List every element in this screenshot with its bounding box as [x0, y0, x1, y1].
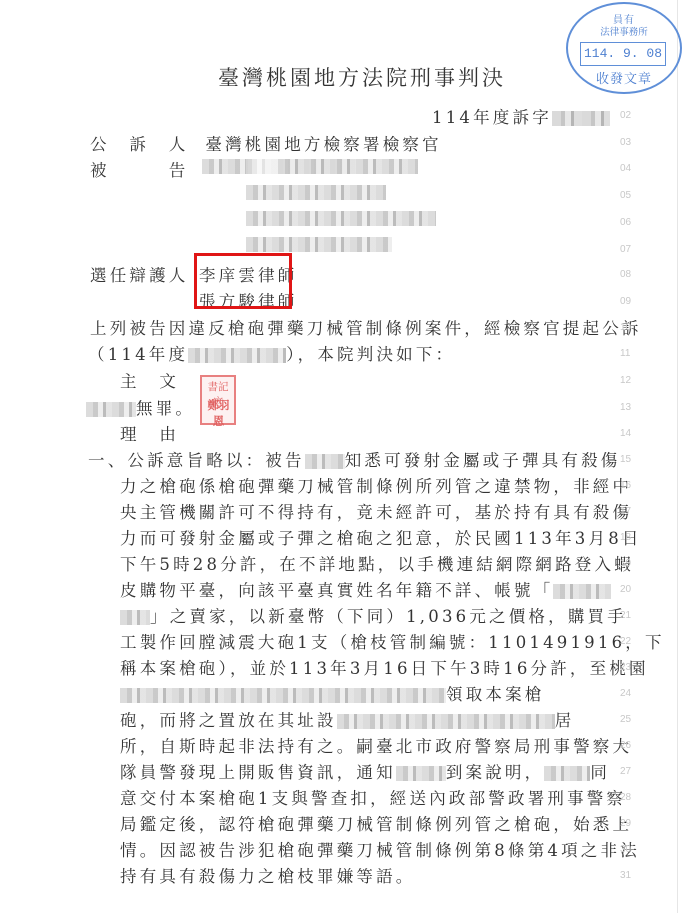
line-number: 28 [620, 792, 631, 803]
case-number-prefix: 114年度訴字 [432, 108, 552, 127]
reason-para-line: 意交付本案槍砲1支與警查扣，經送內政部警政署刑事警察 [120, 785, 626, 809]
line-number: 07 [620, 244, 631, 255]
para-text: 知悉可發射金屬或子彈具有殺傷 [345, 451, 621, 470]
stamp-firm-line2: 法律事務所 [568, 24, 680, 38]
stamp-date: 114. 9. 08 [580, 42, 666, 66]
stamp-bottom: 收發文章 [568, 68, 680, 87]
line-number: 18 [620, 532, 631, 543]
reason-para-line: 稱本案槍砲），並於113年3月16日下午3時16分許，至桃園 [120, 655, 649, 679]
line-number: 08 [620, 269, 631, 280]
document-title: 臺灣桃園地方法院刑事判決 [218, 62, 506, 92]
line-number: 20 [620, 584, 631, 595]
line-number: 30 [620, 844, 631, 855]
reason-para-line: 一、公訴意旨略以：被告知悉可發射金屬或子彈具有殺傷 [88, 447, 621, 471]
line-number: 14 [620, 428, 631, 439]
line-number: 12 [620, 375, 631, 386]
redacted-defendant-info [246, 159, 252, 174]
intro-text: （114年度 [88, 345, 188, 364]
received-stamp: 員有 法律事務所 114. 9. 08 收發文章 [566, 2, 682, 94]
para-text: 隊員警發現上開販售資訊，通知 [120, 763, 396, 782]
line-number: 04 [620, 163, 631, 174]
reason-para-line: 皮購物平臺，向該平臺真實姓名年籍不詳、帳號「 [120, 577, 611, 601]
para-text: 」之賣家，以新臺幣（下同）1,036元之價格，購買手 [150, 607, 627, 626]
line-number: 19 [620, 558, 631, 569]
clerk-seal-name: 鄭羽恩 [203, 397, 233, 429]
reason-heading: 理 由 [120, 421, 179, 445]
reason-para-line: 」之賣家，以新臺幣（下同）1,036元之價格，購買手 [120, 603, 627, 627]
redacted-residence [337, 714, 555, 729]
judgment-page: 員有 法律事務所 114. 9. 08 收發文章 臺灣桃園地方法院刑事判決 11… [0, 0, 682, 913]
verdict-line: 無罪。 [86, 395, 195, 419]
line-number: 21 [620, 610, 631, 621]
defendant-row: 被 告 [90, 157, 189, 181]
line-number: 31 [620, 870, 631, 881]
redacted-defendant-name [544, 766, 590, 781]
redacted-defendant-address [246, 185, 386, 200]
line-number: 09 [620, 296, 631, 307]
line-number: 06 [620, 217, 631, 228]
reason-para-line: 力之槍砲係槍砲彈藥刀械管制條例所列管之違禁物，非經中 [120, 473, 632, 497]
para-text: 一、公訴意旨略以：被告 [88, 451, 305, 470]
line-number: 29 [620, 818, 631, 829]
line-number: 27 [620, 766, 631, 777]
line-number: 11 [620, 348, 630, 359]
prosecutor-label: 公 訴 人 [90, 135, 189, 154]
redacted-indictment-number [188, 348, 286, 363]
line-number: 17 [620, 506, 631, 517]
reason-para-line: 領取本案槍 [120, 681, 545, 705]
redacted-account [553, 584, 611, 599]
line-number: 16 [620, 480, 631, 491]
reason-para-line: 下午5時28分許，在不詳地點，以手機連結網際網路登入蝦 [120, 551, 634, 575]
redacted-defendant-name [396, 766, 446, 781]
redacted-defendant-info [278, 159, 418, 174]
redacted-defendant-address [246, 237, 392, 252]
para-text: 到案說明， [446, 763, 545, 782]
defense-label: 選任辯護人 [90, 262, 189, 286]
line-number: 26 [620, 740, 631, 751]
intro-line-2: （114年度），本院判決如下： [88, 341, 455, 365]
line-number: 24 [620, 688, 631, 699]
line-number: 10 [620, 322, 631, 333]
line-number: 23 [620, 662, 631, 673]
para-text: 同 [590, 763, 610, 782]
line-number: 25 [620, 714, 631, 725]
prosecutor-row: 公 訴 人 臺灣桃園地方檢察署檢察官 [90, 131, 442, 155]
redacted-defendant-address [246, 211, 436, 226]
line-number: 22 [620, 636, 631, 647]
reason-para-line: 砲，而將之置放在其址設居 [120, 707, 574, 731]
para-text: 居 [555, 711, 575, 730]
para-text: 領取本案槍 [446, 685, 545, 704]
page-edge [677, 0, 678, 913]
reason-para-line: 情。因認被告涉犯槍砲彈藥刀械管制條例第8條第4項之非法 [120, 837, 640, 861]
clerk-seal: 書記官 鄭羽恩 [200, 375, 236, 425]
reason-para-line: 持有具有殺傷力之槍枝罪嫌等語。 [120, 863, 416, 887]
reason-para-line: 央主管機關許可不得持有，竟未經許可，基於持有具有殺傷 [120, 499, 632, 523]
line-number: 03 [620, 137, 631, 148]
reason-para-line: 隊員警發現上開販售資訊，通知到案說明，同 [120, 759, 610, 783]
prosecutor-name: 臺灣桃園地方檢察署檢察官 [205, 135, 441, 154]
defendant-label: 被 告 [90, 161, 189, 180]
line-number: 02 [620, 110, 631, 121]
line-number: 15 [620, 454, 631, 465]
para-text: 砲，而將之置放在其址設 [120, 711, 337, 730]
redacted-pickup-location [120, 688, 446, 703]
reason-para-line: 所，自斯時起非法持有之。嗣臺北市政府警察局刑事警察大 [120, 733, 632, 757]
para-text: 皮購物平臺，向該平臺真實姓名年籍不詳、帳號「 [120, 581, 553, 600]
line-number: 05 [620, 190, 631, 201]
intro-line-1: 上列被告因違反槍砲彈藥刀械管制條例案件，經檢察官提起公訴 [90, 315, 642, 339]
verdict-text: 無罪。 [136, 399, 195, 418]
highlight-box [194, 253, 292, 309]
redacted-case-number [552, 111, 610, 126]
redacted-defendant-name [86, 402, 136, 417]
redacted-defendant-name [305, 454, 345, 469]
reason-para-line: 局鑑定後，認符槍砲彈藥刀械管制條例列管之槍砲，始悉上 [120, 811, 632, 835]
main-heading: 主 文 [120, 368, 179, 392]
redacted-account [120, 610, 150, 625]
reason-para-line: 力而可發射金屬或子彈之槍砲之犯意，於民國113年3月8日 [120, 525, 642, 549]
case-number: 114年度訴字 [432, 104, 610, 128]
intro-text: ），本院判決如下： [286, 345, 455, 364]
line-number: 13 [620, 402, 631, 413]
reason-para-line: 工製作回膛減震大砲1支（槍枝管制編號：1101491916，下 [120, 629, 665, 653]
